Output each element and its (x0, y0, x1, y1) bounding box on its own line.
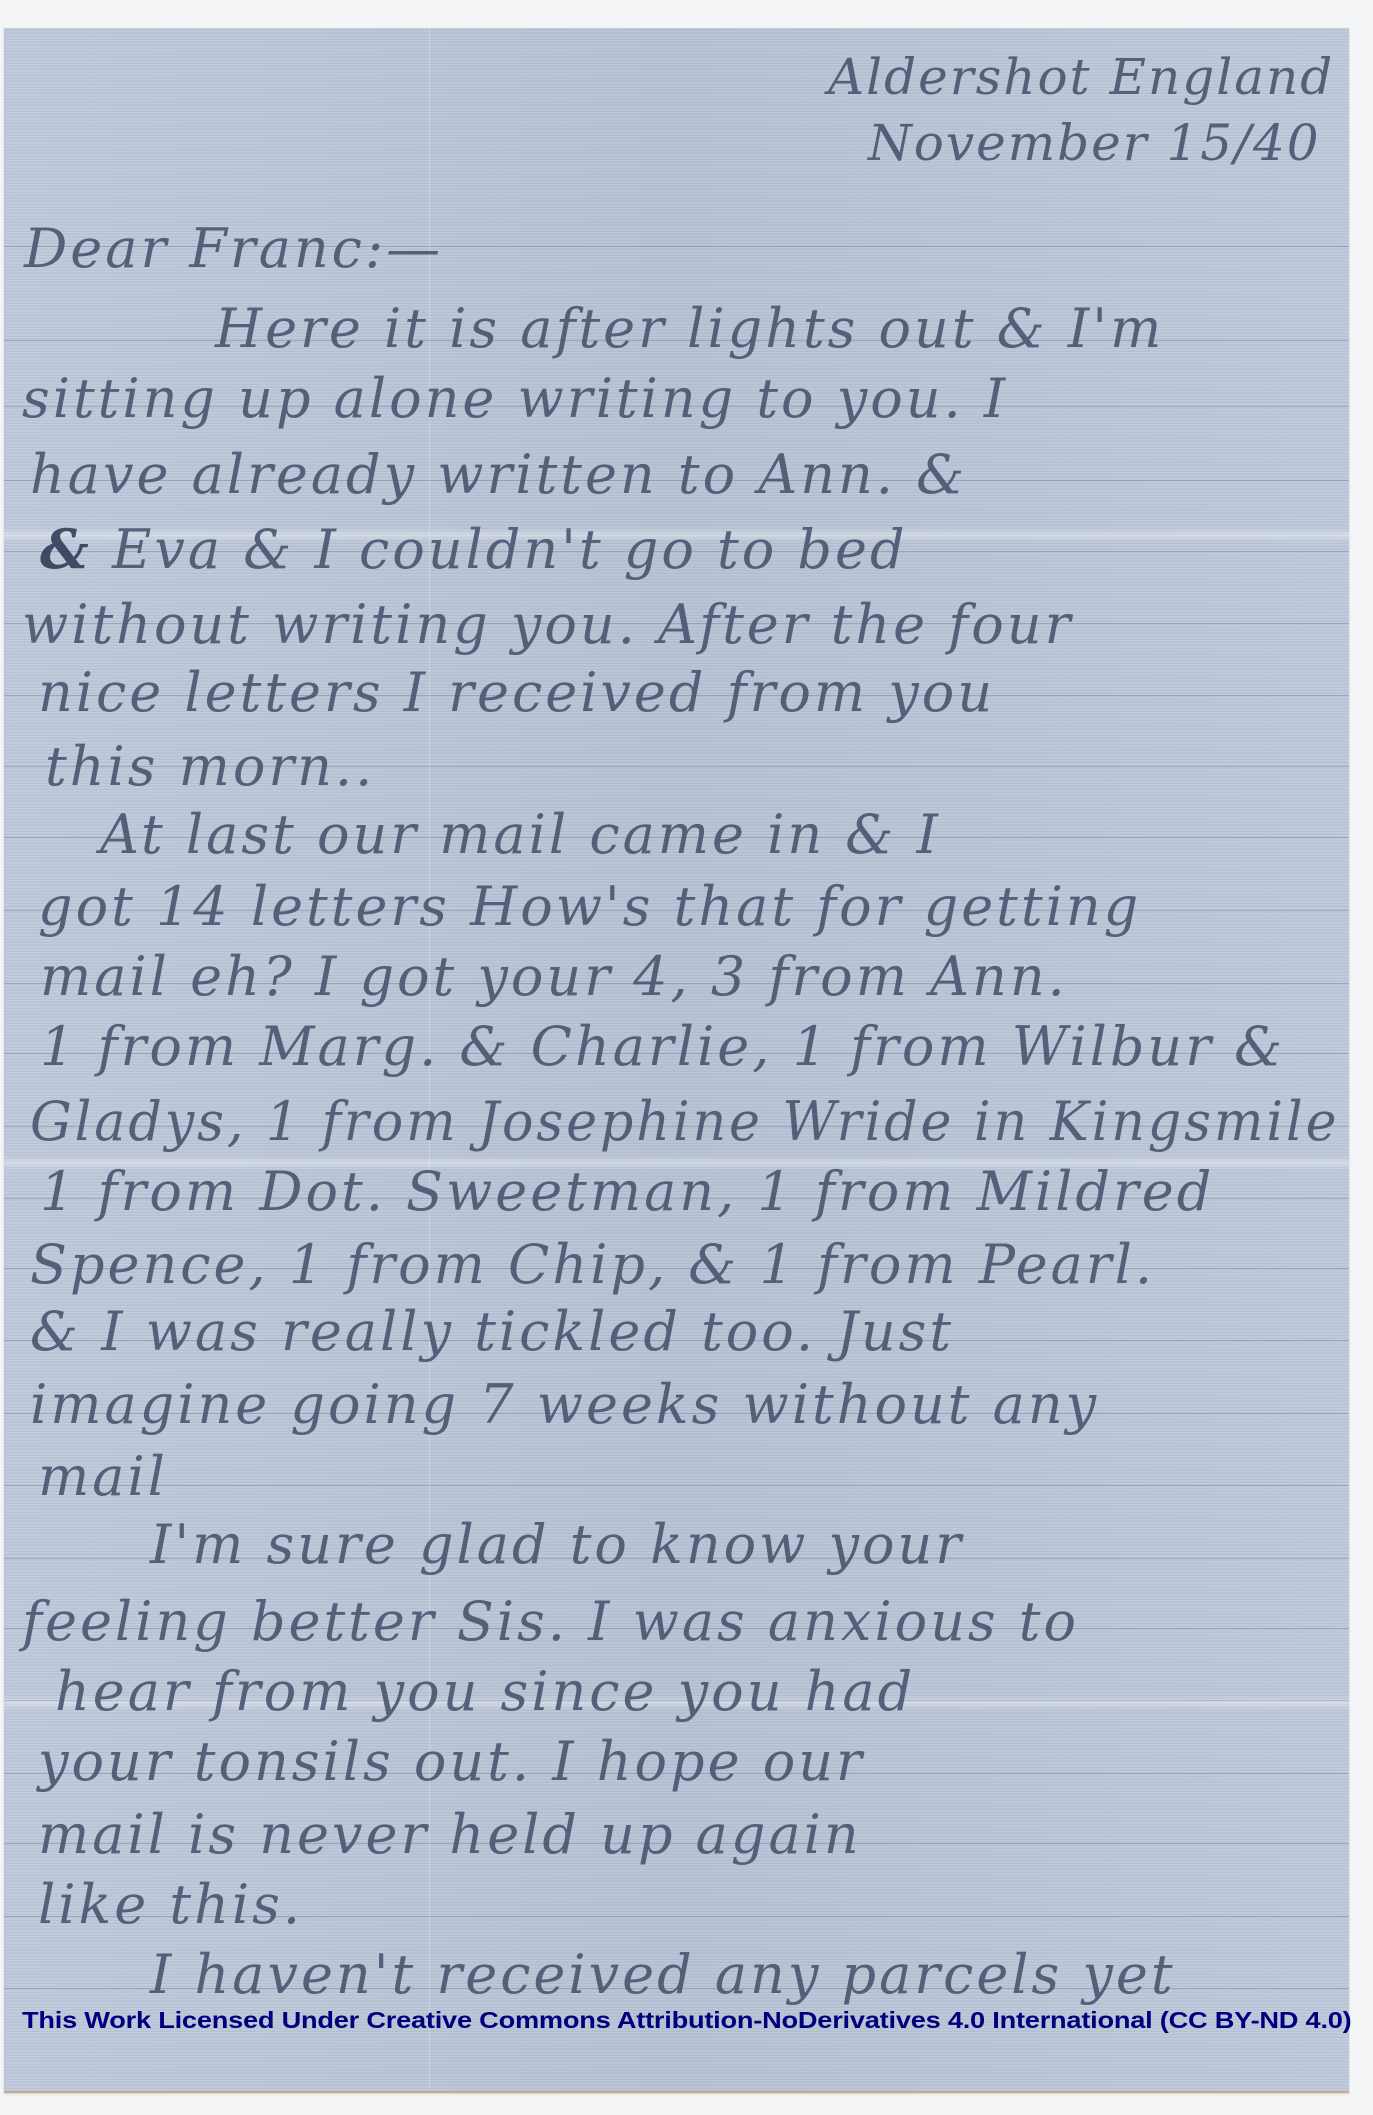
letter-line: 1 from Dot. Sweetman, 1 from Mildred (40, 1165, 1214, 1219)
license-notice: This Work Licensed Under Creative Common… (22, 2007, 1352, 2034)
letter-line: I'm sure glad to know your (150, 1518, 964, 1572)
letter-line: Here it is after lights out & I'm (215, 302, 1164, 356)
salutation: Dear Franc:— (24, 222, 443, 276)
letter-line: like this. (38, 1878, 303, 1932)
letter-line: mail is never held up again (38, 1808, 862, 1862)
letter-line: imagine going 7 weeks without any (30, 1378, 1099, 1432)
letter-line: Gladys, 1 from Josephine Wride in Kingsm… (30, 1095, 1339, 1149)
letter-line: this morn.. (45, 740, 375, 794)
letter-date: November 15/40 (868, 118, 1321, 168)
letter-line: have already written to Ann. & (30, 448, 967, 502)
letter-line: Spence, 1 from Chip, & 1 from Pearl. (30, 1238, 1155, 1292)
letter-line-text: Eva & I couldn't go to bed (112, 518, 908, 581)
letter-line: sitting up alone writing to you. I (22, 372, 1008, 426)
letter-line: feeling better Sis. I was anxious to (22, 1595, 1079, 1649)
letter-line: your tonsils out. I hope our (38, 1735, 865, 1789)
letter-line: nice letters I received from you (38, 666, 995, 720)
letter-line: I haven't received any parcels yet (150, 1948, 1176, 2002)
letter-line: hear from you since you had (55, 1665, 915, 1719)
letter-line: without writing you. After the four (22, 598, 1073, 652)
ruled-line (4, 1485, 1349, 1486)
letter-line: & I was really tickled too. Just (30, 1305, 954, 1359)
letter-line: 1 from Marg. & Charlie, 1 from Wilbur & (40, 1020, 1285, 1074)
letter-place: Aldershot England (828, 52, 1334, 102)
letter-line: got 14 letters How's that for getting (38, 880, 1141, 934)
struck-out-mark: & (40, 522, 92, 576)
letter-line: mail eh? I got your 4, 3 from Ann. (40, 950, 1068, 1004)
letter-line: At last our mail came in & I (100, 808, 941, 862)
letter-line: mail (38, 1450, 168, 1504)
letter-line: & Eva & I couldn't go to bed (40, 522, 908, 577)
